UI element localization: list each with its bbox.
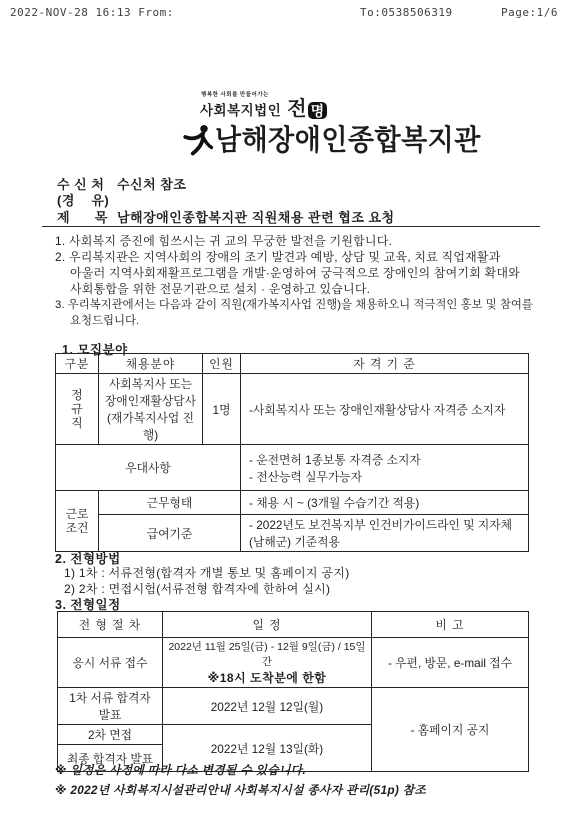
- recruit-header-gubun: 구분: [56, 354, 99, 374]
- cell-regular-count: 1명: [203, 374, 241, 445]
- schedule-table: 전 형 절 차 일 정 비 고 응시 서류 접수 2022년 11월 25일(금…: [57, 611, 529, 772]
- via-row: (경 유): [57, 193, 395, 209]
- cell-worktype-value: - 채용 시 ~ (3개월 수습기간 적용): [241, 491, 529, 515]
- recruit-row-worktype: 근로 조건 근무형태 - 채용 시 ~ (3개월 수습기간 적용): [56, 491, 529, 515]
- org-name: 전명: [287, 99, 327, 119]
- footnote-2: ※ 2022년 사회복지시설관리안내 사회복지시설 종사자 관리(51p) 참조: [55, 780, 426, 800]
- org-type-label: 사회복지법인: [200, 99, 281, 119]
- footnote-1: ※ 일정은 사정에 따라 다소 변경될 수 있습니다.: [55, 760, 426, 780]
- recruit-table: 구분 채용분야 인원 자 격 기 준 정 규 직 사회복지사 또는 장애인재활상…: [55, 353, 529, 552]
- paragraph-3: 3. 우리복지관에서는 다음과 같이 직원(재가복지사업 진행)을 채용하오니 …: [55, 297, 577, 329]
- recipient-value: 수신처 참조: [117, 177, 186, 192]
- org-name-first-char: 전: [287, 98, 306, 120]
- recruit-header-count: 인원: [203, 354, 241, 374]
- cell-regular-gubun: 정 규 직: [56, 374, 99, 445]
- fax-to-number: To:0538506319: [360, 6, 453, 19]
- footnotes: ※ 일정은 사정에 따라 다소 변경될 수 있습니다. ※ 2022년 사회복지…: [55, 760, 426, 800]
- cell-salary-value: - 2022년도 보건복지부 인건비가이드라인 및 지자체 (남해군) 기준적용: [241, 515, 529, 552]
- application-date-range: 2022년 11월 25일(금) - 12월 9일(금) / 15일간: [165, 639, 369, 669]
- cell-regular-field: 사회복지사 또는 장애인재활상담사 (재가복지사업 진행): [99, 374, 203, 445]
- center-title-line: 남해장애인종합복지관: [183, 122, 481, 158]
- schedule-header-note: 비 고: [372, 612, 529, 638]
- recruit-header-field: 채용분야: [99, 354, 203, 374]
- schedule-row-application: 응시 서류 접수 2022년 11월 25일(금) - 12월 9일(금) / …: [58, 638, 529, 688]
- cell-interview-step: 2차 면접: [58, 725, 163, 745]
- schedule-table-header-row: 전 형 절 차 일 정 비 고: [58, 612, 529, 638]
- body-paragraphs: 1. 사회복지 증진에 힘쓰시는 귀 교의 무궁한 발전을 기원합니다. 2. …: [55, 233, 577, 329]
- application-deadline-note: ※18시 도착분에 한함: [165, 669, 369, 686]
- subject-underline-divider: [42, 226, 540, 227]
- paragraph-1: 1. 사회복지 증진에 힘쓰시는 귀 교의 무궁한 발전을 기원합니다.: [55, 233, 577, 249]
- document-head: 수 신 처수신처 참조 (경 유) 제 목남해장애인종합복지관 직원채용 관련 …: [57, 177, 395, 226]
- center-name-title: 남해장애인종합복지관: [215, 126, 481, 154]
- fax-page-indicator: Page:1/6: [501, 6, 558, 19]
- cell-regular-qualification: -사회복지사 또는 장애인재활상담사 자격증 소지자: [241, 374, 529, 445]
- logo-slogan: 행복한 사회를 만들어가는: [201, 90, 481, 98]
- recruit-row-salary: 급여기준 - 2022년도 보건복지부 인건비가이드라인 및 지자체 (남해군)…: [56, 515, 529, 552]
- recruit-table-header-row: 구분 채용분야 인원 자 격 기 준: [56, 354, 529, 374]
- fax-document-page: 2022-NOV-28 16:13 From: To:0538506319 Pa…: [0, 0, 577, 838]
- subject-value: 남해장애인종합복지관 직원채용 관련 협조 요청: [117, 210, 395, 225]
- fax-datetime-from: 2022-NOV-28 16:13 From:: [10, 6, 174, 19]
- cell-workcondition-gubun: 근로 조건: [56, 491, 99, 552]
- org-name-line: 사회복지법인 전명: [200, 99, 481, 119]
- recruit-header-qualification: 자 격 기 준: [241, 354, 529, 374]
- schedule-header-step: 전 형 절 차: [58, 612, 163, 638]
- via-label: (경 유): [57, 193, 109, 208]
- recipient-label: 수 신 처: [57, 177, 105, 193]
- method-items: 1) 1차 : 서류전형(합격자 개별 통보 및 홈페이지 공지) 2) 2차 …: [64, 565, 350, 597]
- recruit-row-regular: 정 규 직 사회복지사 또는 장애인재활상담사 (재가복지사업 진행) 1명 -…: [56, 374, 529, 445]
- cell-homepage-note: - 홈페이지 공지: [372, 688, 529, 772]
- cell-document-result-date: 2022년 12월 12일(월): [163, 688, 372, 725]
- schedule-row-document-result: 1차 서류 합격자 발표 2022년 12월 12일(월) - 홈페이지 공지: [58, 688, 529, 725]
- org-name-badge: 명: [308, 102, 328, 119]
- cell-application-note: - 우편, 방문, e-mail 접수: [372, 638, 529, 688]
- method-item-1: 1) 1차 : 서류전형(합격자 개별 통보 및 홈페이지 공지): [64, 565, 350, 581]
- organization-logo: 행복한 사회를 만들어가는 사회복지법인 전명 남해장애인종합복지관: [183, 90, 481, 158]
- person-figure-icon: [183, 122, 213, 158]
- schedule-header-date: 일 정: [163, 612, 372, 638]
- cell-preference-items: - 운전면허 1종보통 자격증 소지자 - 전산능력 실무가능자: [241, 445, 529, 491]
- subject-label: 제 목: [57, 210, 105, 226]
- cell-salary-label: 급여기준: [99, 515, 241, 552]
- subject-row: 제 목남해장애인종합복지관 직원채용 관련 협조 요청: [57, 210, 395, 226]
- cell-application-step: 응시 서류 접수: [58, 638, 163, 688]
- cell-document-result-step: 1차 서류 합격자 발표: [58, 688, 163, 725]
- cell-application-date: 2022년 11월 25일(금) - 12월 9일(금) / 15일간 ※18시…: [163, 638, 372, 688]
- paragraph-2: 2. 우리복지관은 지역사회의 장애의 조기 발견과 예방, 상담 및 교육, …: [55, 249, 577, 297]
- cell-preference-label: 우대사항: [56, 445, 241, 491]
- recruit-row-preference: 우대사항 - 운전면허 1종보통 자격증 소지자 - 전산능력 실무가능자: [56, 445, 529, 491]
- cell-worktype-label: 근무형태: [99, 491, 241, 515]
- recipient-row: 수 신 처수신처 참조: [57, 177, 395, 193]
